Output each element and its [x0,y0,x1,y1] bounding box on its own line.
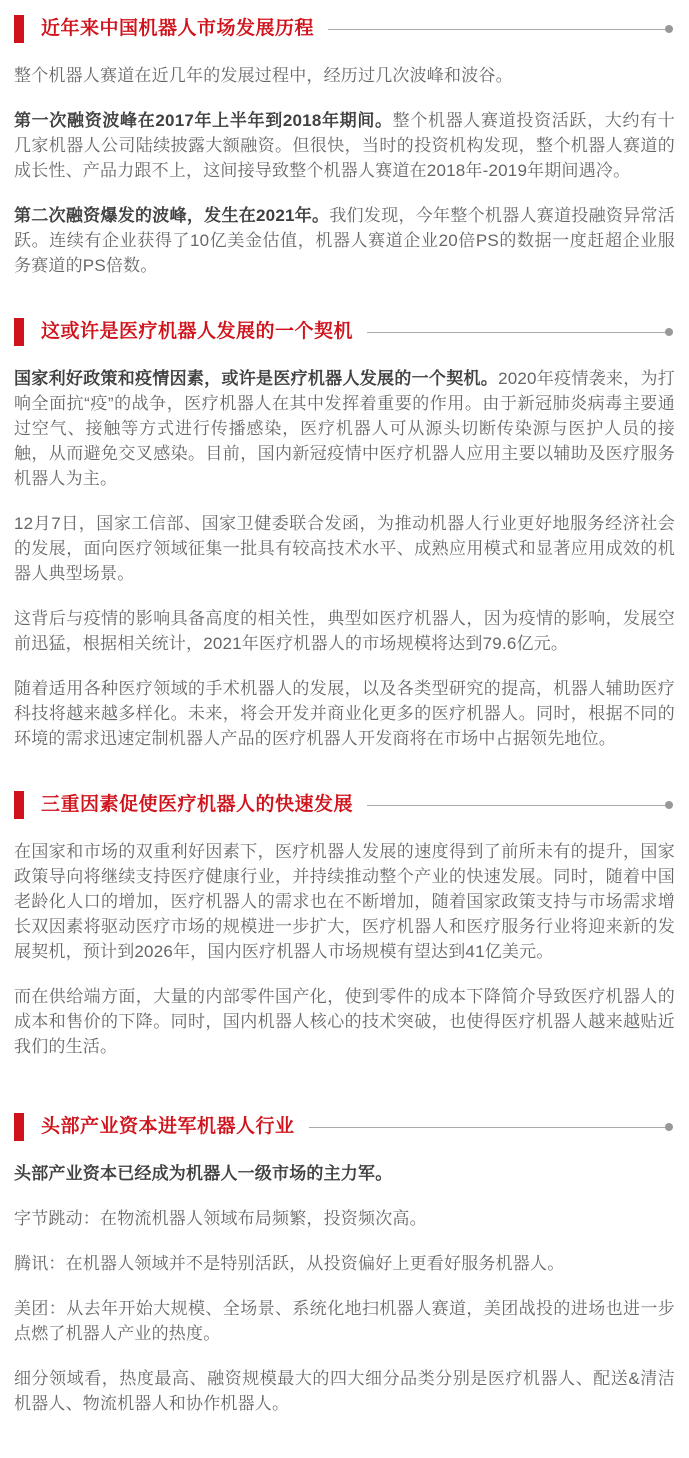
rule-end-dot-icon [665,1123,673,1131]
section-three-factors: 三重因素促使医疗机器人的快速发展 在国家和市场的双重利好因素下，医疗机器人发展的… [14,791,675,1059]
paragraph-text: 而在供给端方面，大量的内部零件国产化，使到零件的成本下降简介导致医疗机器人的成本… [14,987,675,1056]
red-bar-icon [14,15,24,43]
header-rule [309,1127,673,1128]
paragraph-text: 这背后与疫情的影响具备高度的相关性，典型如医疗机器人，因为疫情的影响，发展空前迅… [14,609,675,653]
rule-end-dot-icon [665,25,673,33]
paragraph: 而在供给端方面，大量的内部零件国产化，使到零件的成本下降简介导致医疗机器人的成本… [14,984,675,1059]
paragraph-text: 细分领域看，热度最高、融资规模最大的四大细分品类分别是医疗机器人、配送&清洁机器… [14,1369,675,1413]
paragraph: 腾讯：在机器人领域并不是特别活跃，从投资偏好上更看好服务机器人。 [14,1251,675,1276]
paragraph-text: 随着适用各种医疗领域的手术机器人的发展，以及各类型研究的提高，机器人辅助医疗科技… [14,679,675,748]
red-bar-icon [14,318,24,346]
paragraph-text: 在国家和市场的双重利好因素下，医疗机器人发展的速度得到了前所未有的提升，国家政策… [14,842,675,961]
header-rule [367,805,673,806]
rule-end-dot-icon [665,801,673,809]
paragraph-text: 整个机器人赛道在近几年的发展过程中，经历过几次波峰和波谷。 [14,66,513,85]
paragraph: 第二次融资爆发的波峰，发生在2021年。我们发现，今年整个机器人赛道投融资异常活… [14,203,675,278]
section-capital-entering-robotics: 头部产业资本进军机器人行业 头部产业资本已经成为机器人一级市场的主力军。 字节跳… [14,1113,675,1416]
header-rule [328,29,673,30]
paragraph: 在国家和市场的双重利好因素下，医疗机器人发展的速度得到了前所未有的提升，国家政策… [14,839,675,964]
section-title: 近年来中国机器人市场发展历程 [41,15,314,43]
red-bar-icon [14,791,24,819]
section-title: 头部产业资本进军机器人行业 [41,1113,295,1141]
paragraph-text: 腾讯：在机器人领域并不是特别活跃，从投资偏好上更看好服务机器人。 [14,1254,564,1273]
section-robot-market-history: 近年来中国机器人市场发展历程 整个机器人赛道在近几年的发展过程中，经历过几次波峰… [14,15,675,278]
paragraph-lead-bold: 头部产业资本已经成为机器人一级市场的主力军。 [14,1164,392,1183]
paragraph: 国家利好政策和疫情因素，或许是医疗机器人发展的一个契机。2020年疫情袭来，为打… [14,366,675,491]
paragraph-lead-bold: 国家利好政策和疫情因素，或许是医疗机器人发展的一个契机。 [14,369,498,388]
section-header: 三重因素促使医疗机器人的快速发展 [14,791,675,819]
rule-end-dot-icon [665,328,673,336]
section-header: 头部产业资本进军机器人行业 [14,1113,675,1141]
paragraph: 美团：从去年开始大规模、全场景、系统化地扫机器人赛道，美团战投的进场也进一步点燃… [14,1296,675,1346]
paragraph-text: 美团：从去年开始大规模、全场景、系统化地扫机器人赛道，美团战投的进场也进一步点燃… [14,1299,675,1343]
paragraph: 随着适用各种医疗领域的手术机器人的发展，以及各类型研究的提高，机器人辅助医疗科技… [14,676,675,751]
section-title: 这或许是医疗机器人发展的一个契机 [41,318,353,346]
article-page: 近年来中国机器人市场发展历程 整个机器人赛道在近几年的发展过程中，经历过几次波峰… [0,0,689,1458]
section-medical-robot-opportunity: 这或许是医疗机器人发展的一个契机 国家利好政策和疫情因素，或许是医疗机器人发展的… [14,318,675,751]
paragraph: 这背后与疫情的影响具备高度的相关性，典型如医疗机器人，因为疫情的影响，发展空前迅… [14,606,675,656]
paragraph: 12月7日，国家工信部、国家卫健委联合发函，为推动机器人行业更好地服务经济社会的… [14,511,675,586]
paragraph-lead-bold: 第二次融资爆发的波峰，发生在2021年。 [14,206,329,225]
paragraph: 头部产业资本已经成为机器人一级市场的主力军。 [14,1161,675,1186]
paragraph-text: 12月7日，国家工信部、国家卫健委联合发函，为推动机器人行业更好地服务经济社会的… [14,514,675,583]
section-title: 三重因素促使医疗机器人的快速发展 [41,791,353,819]
paragraph: 整个机器人赛道在近几年的发展过程中，经历过几次波峰和波谷。 [14,63,675,88]
paragraph-text: 字节跳动：在物流机器人领域布局频繁，投资频次高。 [14,1209,427,1228]
paragraph: 第一次融资波峰在2017年上半年到2018年期间。整个机器人赛道投资活跃，大约有… [14,108,675,183]
paragraph: 细分领域看，热度最高、融资规模最大的四大细分品类分别是医疗机器人、配送&清洁机器… [14,1366,675,1416]
header-rule [367,332,673,333]
paragraph: 字节跳动：在物流机器人领域布局频繁，投资频次高。 [14,1206,675,1231]
red-bar-icon [14,1113,24,1141]
section-header: 这或许是医疗机器人发展的一个契机 [14,318,675,346]
section-header: 近年来中国机器人市场发展历程 [14,15,675,43]
paragraph-lead-bold: 第一次融资波峰在2017年上半年到2018年期间。 [14,111,393,130]
